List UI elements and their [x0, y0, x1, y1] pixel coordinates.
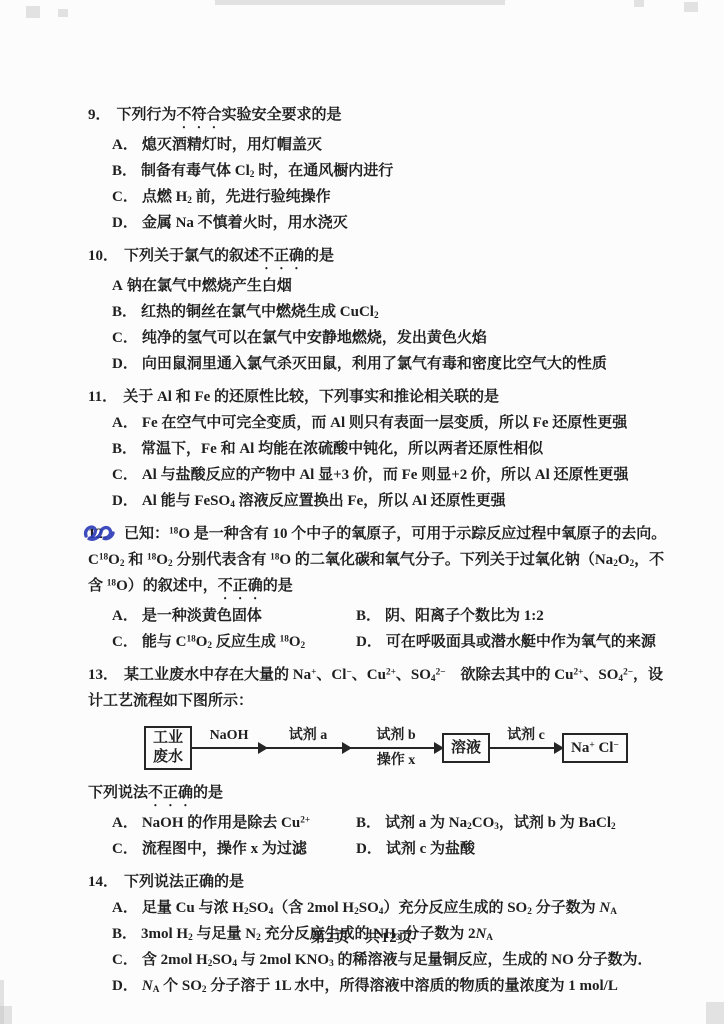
- option-14-a: A．足量 Cu 与浓 H2SO4（含 2mol H2SO4）充分反应生成的 SO…: [88, 895, 668, 921]
- option-13-c: C．流程图中，操作 x 为过滤: [88, 836, 332, 862]
- flow-box-product: Na+ Cl−: [562, 733, 628, 763]
- scan-artifact: [684, 2, 698, 12]
- arrow-line-icon: [350, 747, 442, 749]
- option-10-d: D．向田鼠洞里通入氯气杀灭田鼠，利用了氯气有毒和密度比空气大的性质: [88, 351, 668, 377]
- flow-arrow-naoh: NaOH: [192, 726, 266, 770]
- process-flowchart: 工业废水 NaOH 试剂 a 试剂 b操作 x 溶液 试剂 c Na+ Cl−: [144, 720, 668, 776]
- flow-arrow-reagent-c: 试剂 c: [490, 726, 562, 770]
- question-13-stem: 13．某工业废水中存在大量的 Na+、Cl−、Cu2+、SO42− 欲除去其中的…: [88, 662, 668, 714]
- flow-arrow-reagent-a: 试剂 a: [266, 726, 350, 770]
- arrow-line-icon: [266, 747, 350, 749]
- question-number: 14．: [88, 874, 124, 890]
- question-11-stem: 11．关于 Al 和 Fe 的还原性比较，下列事实和推论相关联的是: [88, 384, 668, 410]
- option-9-b: B．制备有毒气体 Cl2 时，在通风橱内进行: [88, 158, 668, 184]
- question-10: 10．下列关于氯气的叙述不正确的是 A钠在氯气中燃烧产生白烟 B．红热的铜丝在氯…: [88, 243, 668, 377]
- question-9-stem: 9．下列行为不符合实验安全要求的是: [88, 102, 668, 132]
- question-stem-text: 下列说法正确的是: [124, 874, 244, 890]
- scan-artifact: [26, 6, 40, 18]
- option-11-c: C．Al 与盐酸反应的产物中 Al 显+3 价，而 Fe 则显+2 价，所以 A…: [88, 462, 668, 488]
- question-number: 9．: [88, 107, 117, 123]
- scan-artifact: [58, 9, 68, 17]
- option-14-c: C．含 2mol H2SO4 与 2mol KNO3 的稀溶液与足量铜反应，生成…: [88, 947, 668, 973]
- flow-box-industrial-wastewater: 工业废水: [144, 726, 192, 770]
- option-9-d: D．金属 Na 不慎着火时，用水浇灭: [88, 210, 668, 236]
- option-12-d: D．可在呼吸面具或潜水艇中作为氧气的来源: [332, 629, 668, 655]
- option-10-b: B．红热的铜丝在氯气中燃烧生成 CuCl2: [88, 299, 668, 325]
- option-12-c: C．能与 C18O2 反应生成 18O2: [88, 629, 332, 655]
- arrow-line-icon: [192, 747, 266, 749]
- question-11: 11．关于 Al 和 Fe 的还原性比较，下列事实和推论相关联的是 A．Fe 在…: [88, 384, 668, 514]
- option-13-a: A．NaOH 的作用是除去 Cu2+: [88, 810, 332, 836]
- question-number: 11．: [88, 389, 123, 405]
- question-stem-text: 某工业废水中存在大量的 Na+、Cl−、Cu2+、SO42− 欲除去其中的 Cu…: [88, 667, 663, 709]
- option-13-d: D．试剂 c 为盐酸: [332, 836, 668, 862]
- scan-artifact: [0, 980, 4, 1024]
- flow-box-solution: 溶液: [442, 733, 490, 763]
- scan-artifact: [706, 1002, 724, 1024]
- question-stem-text: 下列行为不符合实验安全要求的是: [117, 107, 342, 123]
- question-12-stem: 12．已知：18O 是一种含有 10 个中子的氧原子，可用于示踪反应过程中氧原子…: [88, 521, 668, 603]
- question-13-options: A．NaOH 的作用是除去 Cu2+ B．试剂 a 为 Na2CO3，试剂 b …: [88, 810, 668, 862]
- question-13: 13．某工业废水中存在大量的 Na+、Cl−、Cu2+、SO42− 欲除去其中的…: [88, 662, 668, 862]
- question-13-substem: 下列说法不正确的是: [88, 780, 668, 810]
- option-11-d: D．Al 能与 FeSO4 溶液反应置换出 Fe，所以 Al 还原性更强: [88, 488, 668, 514]
- option-9-a: A．熄灭酒精灯时，用灯帽盖灭: [88, 132, 668, 158]
- scan-artifact: [634, 0, 644, 7]
- option-11-b: B．常温下，Fe 和 Al 均能在浓硫酸中钝化，所以两者还原性相似: [88, 436, 668, 462]
- scan-artifact: [215, 0, 505, 5]
- question-12: 12．已知：18O 是一种含有 10 个中子的氧原子，可用于示踪反应过程中氧原子…: [88, 521, 668, 655]
- question-stem-text: 下列关于氯气的叙述不正确的是: [124, 248, 334, 264]
- question-12-options: A．是一种淡黄色固体 B．阴、阳离子个数比为 1:2 C．能与 C18O2 反应…: [88, 603, 668, 655]
- question-9: 9．下列行为不符合实验安全要求的是 A．熄灭酒精灯时，用灯帽盖灭 B．制备有毒气…: [88, 102, 668, 236]
- option-11-a: A．Fe 在空气中可完全变质，而 Al 则只有表面一层变质，所以 Fe 还原性更…: [88, 410, 668, 436]
- question-number: 13．: [88, 667, 124, 683]
- option-12-b: B．阴、阳离子个数比为 1:2: [332, 603, 668, 629]
- option-14-d: D．NA 个 SO2 分子溶于 1L 水中，所得溶液中溶质的物质的量浓度为 1 …: [88, 973, 668, 999]
- option-13-b: B．试剂 a 为 Na2CO3，试剂 b 为 BaCl2: [332, 810, 668, 836]
- question-stem-text: 已知：18O 是一种含有 10 个中子的氧原子，可用于示踪反应过程中氧原子的去向…: [88, 526, 666, 594]
- exam-content: 9．下列行为不符合实验安全要求的是 A．熄灭酒精灯时，用灯帽盖灭 B．制备有毒气…: [88, 102, 668, 1006]
- option-10-a: A钠在氯气中燃烧产生白烟: [88, 273, 668, 299]
- question-number-inked: 12．: [88, 521, 124, 547]
- exam-page: 9．下列行为不符合实验安全要求的是 A．熄灭酒精灯时，用灯帽盖灭 B．制备有毒气…: [0, 0, 724, 1024]
- option-9-c: C．点燃 H2 前，先进行验纯操作: [88, 184, 668, 210]
- flow-arrow-reagent-b: 试剂 b操作 x: [350, 726, 442, 770]
- question-stem-text: 关于 Al 和 Fe 的还原性比较，下列事实和推论相关联的是: [123, 389, 499, 405]
- option-10-c: C．纯净的氢气可以在氯气中安静地燃烧，发出黄色火焰: [88, 325, 668, 351]
- arrow-line-icon: [490, 747, 562, 749]
- question-number: 10．: [88, 248, 124, 264]
- question-10-stem: 10．下列关于氯气的叙述不正确的是: [88, 243, 668, 273]
- question-14-stem: 14．下列说法正确的是: [88, 869, 668, 895]
- option-12-a: A．是一种淡黄色固体: [88, 603, 332, 629]
- page-footer: 第2页 共12页: [0, 926, 724, 947]
